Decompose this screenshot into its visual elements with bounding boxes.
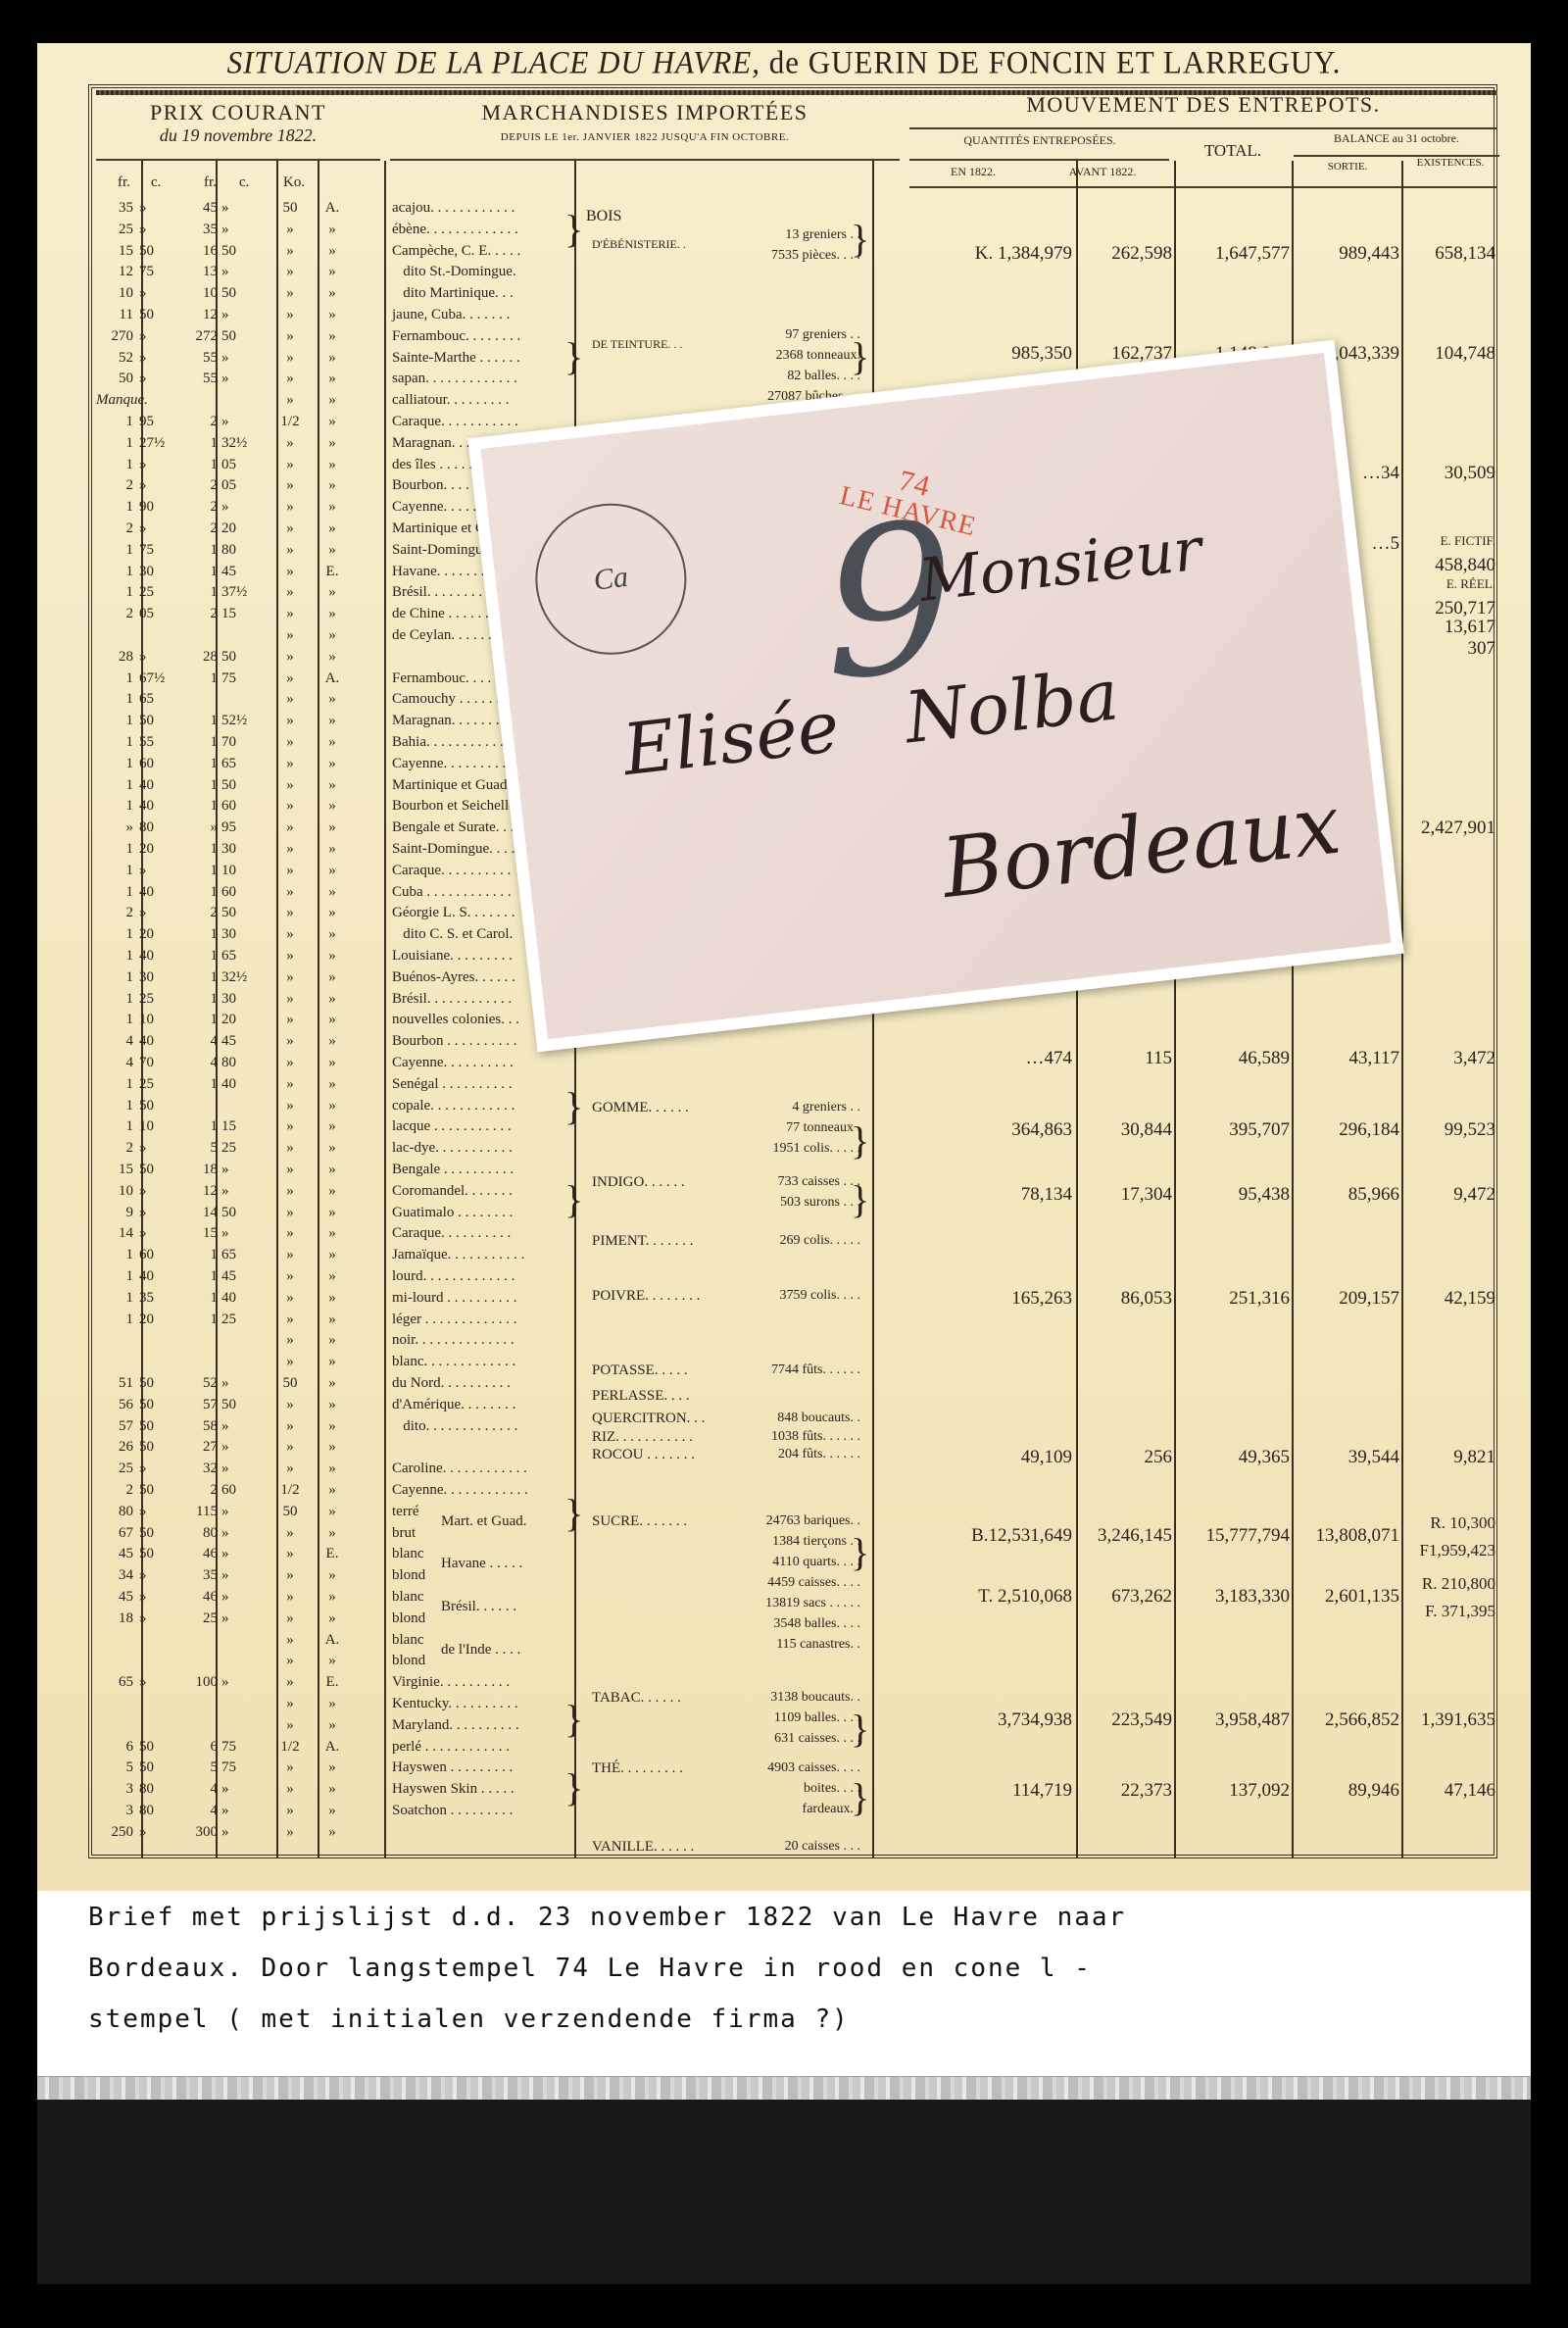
kilo-unit: » — [269, 477, 312, 494]
price-row: 155018»»»Bengale . . . . . . . . . . — [96, 1162, 576, 1183]
price-row: 140145»»lourd. . . . . . . . . . . . . — [96, 1268, 576, 1290]
kilo-unit: » — [269, 1439, 312, 1456]
movement-value-en1822: 3,734,938 — [880, 1709, 1072, 1731]
quality-mark: » — [318, 1824, 347, 1841]
movement-value-avant: 256 — [1078, 1447, 1172, 1468]
merchandise-origin: calliatour. . . . . . . . . — [392, 392, 588, 409]
price-to-francs: 6 — [161, 1739, 218, 1756]
quality-mark: » — [318, 1247, 347, 1263]
address-line-3: Bordeaux — [937, 776, 1345, 917]
quality-mark: » — [318, 457, 347, 473]
price-to-centimes: 50 — [221, 328, 251, 345]
price-to-centimes: » — [221, 1546, 251, 1562]
merchandise-origin: dito St.-Domingue. — [392, 264, 588, 280]
kilo-unit: » — [269, 1397, 312, 1413]
quality-mark: » — [318, 1033, 347, 1050]
quality-mark: » — [318, 542, 347, 559]
price-to-centimes: 05 — [221, 477, 251, 494]
price-from-francs: 2 — [96, 520, 133, 537]
price-from-francs: 6 — [96, 1739, 133, 1756]
brace-glyph: } — [851, 220, 869, 259]
price-to-centimes: » — [221, 1525, 251, 1542]
brace-glyph: } — [564, 337, 583, 376]
price-row: 2502601/2»Cayenne. . . . . . . . . . . . — [96, 1482, 576, 1504]
movement-value-avant: 22,373 — [1078, 1780, 1172, 1802]
price-to-centimes: » — [221, 1375, 251, 1392]
price-row: 25»35»»»ébène. . . . . . . . . . . . . — [96, 222, 576, 243]
price-to-francs: 12 — [161, 307, 218, 323]
header-rule — [96, 159, 380, 161]
price-row: 270»27250»»Fernambouc. . . . . . . . — [96, 328, 576, 350]
goods-label: VANILLE. . . . . . — [592, 1839, 694, 1856]
price-from-francs: 1 — [96, 777, 133, 794]
price-from-francs: 2 — [96, 606, 133, 622]
quality-mark: » — [318, 435, 347, 452]
price-from-centimes: 65 — [139, 691, 172, 708]
kilo-unit: 50 — [269, 1375, 312, 1392]
warehouse-quantity: 77 tonneaux . — [704, 1120, 860, 1136]
price-to-francs: 1 — [161, 948, 218, 965]
warehouse-quantity: 97 greniers . . — [704, 327, 860, 343]
quality-mark: » — [318, 1397, 347, 1413]
quality-mark: » — [318, 1118, 347, 1135]
kilo-unit: » — [269, 264, 312, 280]
price-to-francs: 1 — [161, 798, 218, 815]
price-to-centimes: 50 — [221, 649, 251, 666]
merchandise-origin: sapan. . . . . . . . . . . . . — [392, 371, 588, 387]
quality-mark: E. — [318, 1674, 347, 1691]
movement-value-sortie: 296,184 — [1294, 1119, 1399, 1141]
quality-mark: » — [318, 1183, 347, 1200]
price-to-francs: 4 — [161, 1033, 218, 1050]
kilo-unit: » — [269, 520, 312, 537]
header-rule — [909, 127, 1497, 129]
price-to-francs: 1 — [161, 1118, 218, 1135]
merchandise-origin: ébène. . . . . . . . . . . . . — [392, 222, 588, 238]
price-missing: Manque. — [96, 392, 174, 409]
movement-value-exist: 1,391,635 — [1403, 1709, 1495, 1731]
movement-value-sortie: 2,566,852 — [1294, 1709, 1399, 1731]
quality-mark: » — [318, 863, 347, 879]
merchandise-origin: Maryland. . . . . . . . . . — [392, 1717, 588, 1734]
quality-mark: » — [318, 1717, 347, 1734]
price-row: 25»32»»»Caroline. . . . . . . . . . . . — [96, 1461, 576, 1482]
kilo-unit: » — [269, 1140, 312, 1157]
warehouse-quantity: 4110 quarts. . . . — [704, 1555, 860, 1570]
kilo-unit: » — [269, 734, 312, 751]
movement-value-avant: 17,304 — [1078, 1184, 1172, 1206]
merchandise-origin: Caroline. . . . . . . . . . . . — [392, 1461, 588, 1477]
kilo-unit: 50 — [269, 200, 312, 217]
price-from-francs: 1 — [96, 1076, 133, 1093]
movement-value-exist: F. 371,395 — [1403, 1602, 1495, 1621]
movement-value-en1822: B.12,531,649 — [880, 1525, 1072, 1547]
price-to-centimes: » — [221, 1567, 251, 1584]
header-marchandises: MARCHANDISES IMPORTÉES DEPUIS LE 1er. JA… — [390, 100, 900, 143]
kilo-unit: » — [269, 1525, 312, 1542]
merchandise-origin: lourd. . . . . . . . . . . . . — [392, 1268, 588, 1285]
price-to-centimes: 05 — [221, 457, 251, 473]
price-to-centimes: 60 — [221, 798, 251, 815]
price-row: 10»1050»» dito Martinique. . . — [96, 285, 576, 307]
price-to-francs: 2 — [161, 414, 218, 430]
price-from-francs: 1 — [96, 1118, 133, 1135]
price-to-francs: 55 — [161, 350, 218, 367]
kilo-unit: » — [269, 328, 312, 345]
kilo-unit: » — [269, 1162, 312, 1178]
price-from-francs: 56 — [96, 1397, 133, 1413]
header-rule — [909, 186, 1497, 188]
header-rule — [390, 159, 900, 161]
kilo-unit: » — [269, 926, 312, 943]
price-row: 140165»»Louisiane. . . . . . . . . — [96, 948, 576, 969]
movement-value-sortie: 43,117 — [1294, 1048, 1399, 1069]
movement-value-exist: 9,821 — [1403, 1447, 1495, 1468]
quality-mark: » — [318, 798, 347, 815]
header-balance: BALANCE au 31 octobre. — [1294, 131, 1499, 146]
price-row: 127513»»» dito St.-Domingue. — [96, 264, 576, 285]
merchandise-origin: Jamaïque. . . . . . . . . . . — [392, 1247, 588, 1263]
quality-mark: » — [318, 991, 347, 1008]
movement-value-exist: 2,427,901 — [1403, 817, 1495, 839]
price-to-centimes: 30 — [221, 926, 251, 943]
price-to-francs: 35 — [161, 1567, 218, 1584]
price-from-francs: 1 — [96, 863, 133, 879]
warehouse-quantity: 3548 balles. . . . — [704, 1616, 860, 1632]
movement-value-en1822: 364,863 — [880, 1119, 1072, 1141]
price-to-francs: 1 — [161, 435, 218, 452]
movement-value-avant: 223,549 — [1078, 1709, 1172, 1731]
price-from-francs: 1 — [96, 713, 133, 729]
price-from-francs: 4 — [96, 1033, 133, 1050]
price-to-francs: 5 — [161, 1759, 218, 1776]
header-rule — [96, 90, 1497, 95]
brace-glyph: } — [851, 1709, 869, 1749]
price-from-francs: 10 — [96, 1183, 133, 1200]
kilo-unit: » — [269, 1354, 312, 1370]
quality-mark: » — [318, 1055, 347, 1071]
price-row: 110120»»nouvelles colonies. . . — [96, 1012, 576, 1033]
price-to-centimes: » — [221, 1674, 251, 1691]
quality-mark: » — [318, 1525, 347, 1542]
price-to-centimes: » — [221, 1504, 251, 1520]
goods-label: THÉ. . . . . . . . . — [592, 1760, 683, 1777]
price-to-centimes: » — [221, 1781, 251, 1798]
price-to-francs: 4 — [161, 1803, 218, 1819]
quality-mark: A. — [318, 1632, 347, 1649]
quality-mark: » — [318, 627, 347, 644]
brace-glyph: } — [851, 1121, 869, 1161]
annotation-line: Bordeaux. Door langstempel 74 Le Havre i… — [88, 1943, 1460, 1994]
movement-value-avant: 3,246,145 — [1078, 1525, 1172, 1547]
price-to-francs: 2 — [161, 905, 218, 921]
price-row: 110115»»lacque . . . . . . . . . . . — [96, 1118, 576, 1140]
price-to-francs: 2 — [161, 499, 218, 516]
price-to-francs: 2 — [161, 1482, 218, 1499]
merchandise-origin: Hayswen . . . . . . . . . — [392, 1759, 588, 1776]
movement-value-total: 46,589 — [1176, 1048, 1290, 1069]
quality-mark: » — [318, 1098, 347, 1114]
price-to-centimes: 50 — [221, 1397, 251, 1413]
kilo-unit: » — [269, 499, 312, 516]
price-to-centimes: 32½ — [221, 435, 251, 452]
price-row: 440445»»Bourbon . . . . . . . . . . — [96, 1033, 576, 1055]
merchandise-origin: blanc. . . . . . . . . . . . . — [392, 1354, 588, 1370]
existence-detail: E. RÉEL. — [1403, 576, 1495, 592]
goods-label: ROCOU . . . . . . . — [592, 1447, 695, 1463]
circular-handstamp: Ca — [527, 496, 694, 663]
warehouse-quantity: 1384 tierçons . . — [704, 1534, 860, 1550]
kilo-unit: » — [269, 841, 312, 858]
price-to-centimes: 65 — [221, 1247, 251, 1263]
quality-mark: A. — [318, 670, 347, 687]
quality-mark: » — [318, 1312, 347, 1328]
price-to-francs: 100 — [161, 1674, 218, 1691]
brace-glyph: } — [851, 1778, 869, 1817]
letter-paper: Ca 74 LE HAVRE 9 Monsieur Elisée Nolba B… — [480, 353, 1391, 1039]
price-to-centimes: » — [221, 1589, 251, 1606]
price-row: 65»100»»E.Virginie. . . . . . . . . . — [96, 1674, 576, 1696]
movement-value-exist: 99,523 — [1403, 1119, 1495, 1141]
price-to-francs: 1 — [161, 991, 218, 1008]
price-to-centimes: 75 — [221, 670, 251, 687]
price-to-centimes: » — [221, 1439, 251, 1456]
price-to-centimes: 50 — [221, 285, 251, 302]
existence-detail: 307 — [1403, 638, 1495, 660]
price-to-centimes: » — [221, 264, 251, 280]
price-to-francs: 1 — [161, 457, 218, 473]
price-to-francs: 80 — [161, 1525, 218, 1542]
merchandise-origin: copale. . . . . . . . . . . . — [392, 1098, 588, 1114]
price-row: 130132½»»Buénos-Ayres. . . . . . — [96, 969, 576, 991]
sugar-origin: de l'Inde . . . . — [441, 1642, 520, 1659]
quality-mark: » — [318, 350, 347, 367]
kilo-unit: » — [269, 392, 312, 409]
price-row: »»blanc. . . . . . . . . . . . . — [96, 1354, 576, 1375]
price-to-centimes: 60 — [221, 1482, 251, 1499]
goods-sublabel: D'ÉBÉNISTERIE. . — [592, 237, 686, 252]
price-row: 140150»»Martinique et Guadel — [96, 777, 576, 799]
merchandise-origin: noir. . . . . . . . . . . . . . — [392, 1332, 588, 1349]
annotation-line: Brief met prijslijst d.d. 23 november 18… — [88, 1892, 1460, 1943]
price-to-francs: 1 — [161, 1076, 218, 1093]
price-to-centimes: 45 — [221, 1033, 251, 1050]
kilo-unit: » — [269, 435, 312, 452]
dark-background — [37, 2100, 1531, 2284]
quality-mark: » — [318, 1354, 347, 1370]
price-from-francs: 57 — [96, 1418, 133, 1435]
merchandise-origin: lac-dye. . . . . . . . . . . — [392, 1140, 588, 1157]
title-main: SITUATION DE LA PLACE DU HAVRE, — [227, 44, 760, 80]
header-prix-courant: PRIX COURANT du 19 novembre 1822. — [96, 100, 380, 146]
warehouse-quantity: 1109 balles. . . . — [704, 1710, 860, 1726]
price-to-centimes: 60 — [221, 884, 251, 901]
merchandise-origin: Guatimalo . . . . . . . . — [392, 1205, 588, 1221]
merchandise-origin: dito. . . . . . . . . . . . . — [392, 1418, 588, 1435]
price-to-francs: 2 — [161, 520, 218, 537]
quality-mark: » — [318, 969, 347, 986]
price-row: 3804»»»Soatchon . . . . . . . . . — [96, 1803, 576, 1824]
price-row: 515052»50»du Nord. . . . . . . . . . — [96, 1375, 576, 1397]
price-to-francs: 1 — [161, 584, 218, 601]
price-to-francs: 1 — [161, 841, 218, 858]
kilo-unit: » — [269, 1824, 312, 1841]
kilo-unit: » — [269, 1033, 312, 1050]
warehouse-quantity: 4459 caisses. . . . — [704, 1575, 860, 1591]
price-to-francs: 1 — [161, 734, 218, 751]
quality-mark: » — [318, 1482, 347, 1499]
movement-value-en1822: …474 — [880, 1048, 1072, 1069]
price-to-francs: 1 — [161, 542, 218, 559]
quality-mark: » — [318, 841, 347, 858]
price-to-centimes: 10 — [221, 863, 251, 879]
quality-mark: » — [318, 691, 347, 708]
price-to-francs: 58 — [161, 1418, 218, 1435]
movement-value-en1822: 985,350 — [880, 343, 1072, 365]
warehouse-quantity: 2368 tonneaux. — [704, 348, 860, 364]
price-from-francs: 15 — [96, 1162, 133, 1178]
price-to-francs: 2 — [161, 606, 218, 622]
warehouse-quantity: 7535 pièces. . . . — [704, 248, 860, 264]
price-to-centimes: 65 — [221, 756, 251, 772]
movement-value-total: 395,707 — [1176, 1119, 1290, 1141]
price-to-centimes: 25 — [221, 1140, 251, 1157]
movement-value-exist: 104,748 — [1403, 343, 1495, 365]
merchandise-origin: d'Amérique. . . . . . . . — [392, 1397, 588, 1413]
quality-mark: » — [318, 948, 347, 965]
header-rule — [909, 159, 1169, 161]
price-to-francs: 35 — [161, 222, 218, 238]
quality-mark: » — [318, 243, 347, 260]
kilo-unit: » — [269, 1290, 312, 1307]
title-firm: de GUERIN DE FONCIN ET LARREGUY. — [760, 44, 1341, 80]
goods-label: RIZ. . . . . . . . . . . — [592, 1429, 693, 1446]
price-to-francs: 1 — [161, 1312, 218, 1328]
price-from-francs: 1 — [96, 414, 133, 430]
price-to-centimes: » — [221, 1418, 251, 1435]
price-from-francs: 14 — [96, 1225, 133, 1242]
movement-value-avant: 673,262 — [1078, 1586, 1172, 1608]
price-to-francs: 1 — [161, 1268, 218, 1285]
price-to-centimes: 80 — [221, 1055, 251, 1071]
price-from-francs: 1 — [96, 499, 133, 516]
price-to-francs: 300 — [161, 1824, 218, 1841]
handwritten-annotation: Brief met prijslijst d.d. 23 november 18… — [88, 1892, 1460, 2045]
kilo-unit: » — [269, 1546, 312, 1562]
merchandise-origin: acajou. . . . . . . . . . . . — [392, 200, 588, 217]
kilo-unit: » — [269, 285, 312, 302]
price-row: 10»12»»»Coromandel. . . . . . . — [96, 1183, 576, 1205]
price-to-centimes: » — [221, 1803, 251, 1819]
goods-label: GOMME. . . . . . — [592, 1100, 689, 1116]
price-from-francs: 28 — [96, 649, 133, 666]
kilo-unit: » — [269, 991, 312, 1008]
brace-glyph: } — [564, 1494, 583, 1533]
quality-mark: » — [318, 520, 347, 537]
quality-mark: » — [318, 1439, 347, 1456]
merchandise-origin: léger . . . . . . . . . . . . . — [392, 1312, 588, 1328]
price-to-centimes: 75 — [221, 1739, 251, 1756]
kilo-unit: » — [269, 606, 312, 622]
merchandise-origin: Kentucky. . . . . . . . . . — [392, 1696, 588, 1712]
quality-mark: » — [318, 734, 347, 751]
price-to-centimes: » — [221, 222, 251, 238]
price-row: 135140»»mi-lourd . . . . . . . . . . — [96, 1290, 576, 1312]
price-from-francs: 12 — [96, 264, 133, 280]
existence-detail: E. FICTIF. — [1403, 533, 1495, 549]
price-from-francs: 1 — [96, 841, 133, 858]
price-to-centimes: 50 — [221, 1205, 251, 1221]
price-to-centimes: » — [221, 1461, 251, 1477]
merchandise-origin: Coromandel. . . . . . . — [392, 1183, 588, 1200]
kilo-unit: » — [269, 819, 312, 836]
quality-mark: » — [318, 1205, 347, 1221]
kilo-unit: » — [269, 1183, 312, 1200]
quality-mark: » — [318, 222, 347, 238]
price-from-francs: 1 — [96, 670, 133, 687]
quality-mark: E. — [318, 564, 347, 580]
price-to-francs: 55 — [161, 371, 218, 387]
price-to-francs: » — [161, 819, 218, 836]
price-from-francs: 65 — [96, 1674, 133, 1691]
quality-mark: » — [318, 584, 347, 601]
goods-label: TABAC. . . . . . — [592, 1690, 681, 1707]
price-from-francs: 5 — [96, 1759, 133, 1776]
header-en-1822: EN 1822. — [909, 165, 1037, 179]
price-to-centimes: 52½ — [221, 713, 251, 729]
quality-mark: A. — [318, 1739, 347, 1756]
movement-value-total: 3,183,330 — [1176, 1586, 1290, 1608]
price-row: 120130»» dito C. S. et Carol. — [96, 926, 576, 948]
brace-glyph: } — [851, 1180, 869, 1219]
price-row: 115012»»»jaune, Cuba. . . . . . . — [96, 307, 576, 328]
quality-mark: » — [318, 499, 347, 516]
price-to-centimes: » — [221, 350, 251, 367]
kilo-unit: » — [269, 1781, 312, 1798]
warehouse-quantity: 1951 colis. . . . . — [704, 1141, 860, 1157]
quality-mark: » — [318, 1140, 347, 1157]
price-to-francs: 4 — [161, 1781, 218, 1798]
price-to-francs: 45 — [161, 200, 218, 217]
merchandise-origin: jaune, Cuba. . . . . . . — [392, 307, 588, 323]
price-from-francs: 1 — [96, 1290, 133, 1307]
kilo-unit: » — [269, 1247, 312, 1263]
kilo-unit: 1/2 — [269, 414, 312, 430]
warehouse-quantity: 7744 fûts. . . . . . — [704, 1362, 860, 1378]
quality-mark: » — [318, 1290, 347, 1307]
movement-value-total: 3,958,487 — [1176, 1709, 1290, 1731]
price-to-francs: 13 — [161, 264, 218, 280]
header-mouvement: MOUVEMENT DES ENTREPOTS. — [909, 92, 1497, 118]
price-row: 52»55»»»Sainte-Marthe . . . . . . — [96, 350, 576, 371]
brace-glyph: } — [564, 1180, 583, 1219]
warehouse-quantity: 503 surons . . . — [704, 1195, 860, 1211]
price-to-francs: 18 — [161, 1162, 218, 1178]
price-from-francs: 3 — [96, 1803, 133, 1819]
price-to-centimes: 50 — [221, 905, 251, 921]
quality-mark: » — [318, 1162, 347, 1178]
movement-value-en1822: K. 1,384,979 — [880, 243, 1072, 265]
price-from-francs: 1 — [96, 1268, 133, 1285]
price-to-francs: 28 — [161, 649, 218, 666]
existence-detail: 13,617 — [1403, 617, 1495, 638]
price-row: 14»15»»»Caraque. . . . . . . . . . — [96, 1225, 576, 1247]
quality-mark: » — [318, 713, 347, 729]
movement-value-exist: R. 10,300 — [1403, 1513, 1495, 1533]
price-row: »»Maryland. . . . . . . . . . — [96, 1717, 576, 1739]
warehouse-quantity: 1038 fûts. . . . . . — [704, 1429, 860, 1445]
warehouse-quantity: 3759 colis. . . . — [704, 1288, 860, 1304]
